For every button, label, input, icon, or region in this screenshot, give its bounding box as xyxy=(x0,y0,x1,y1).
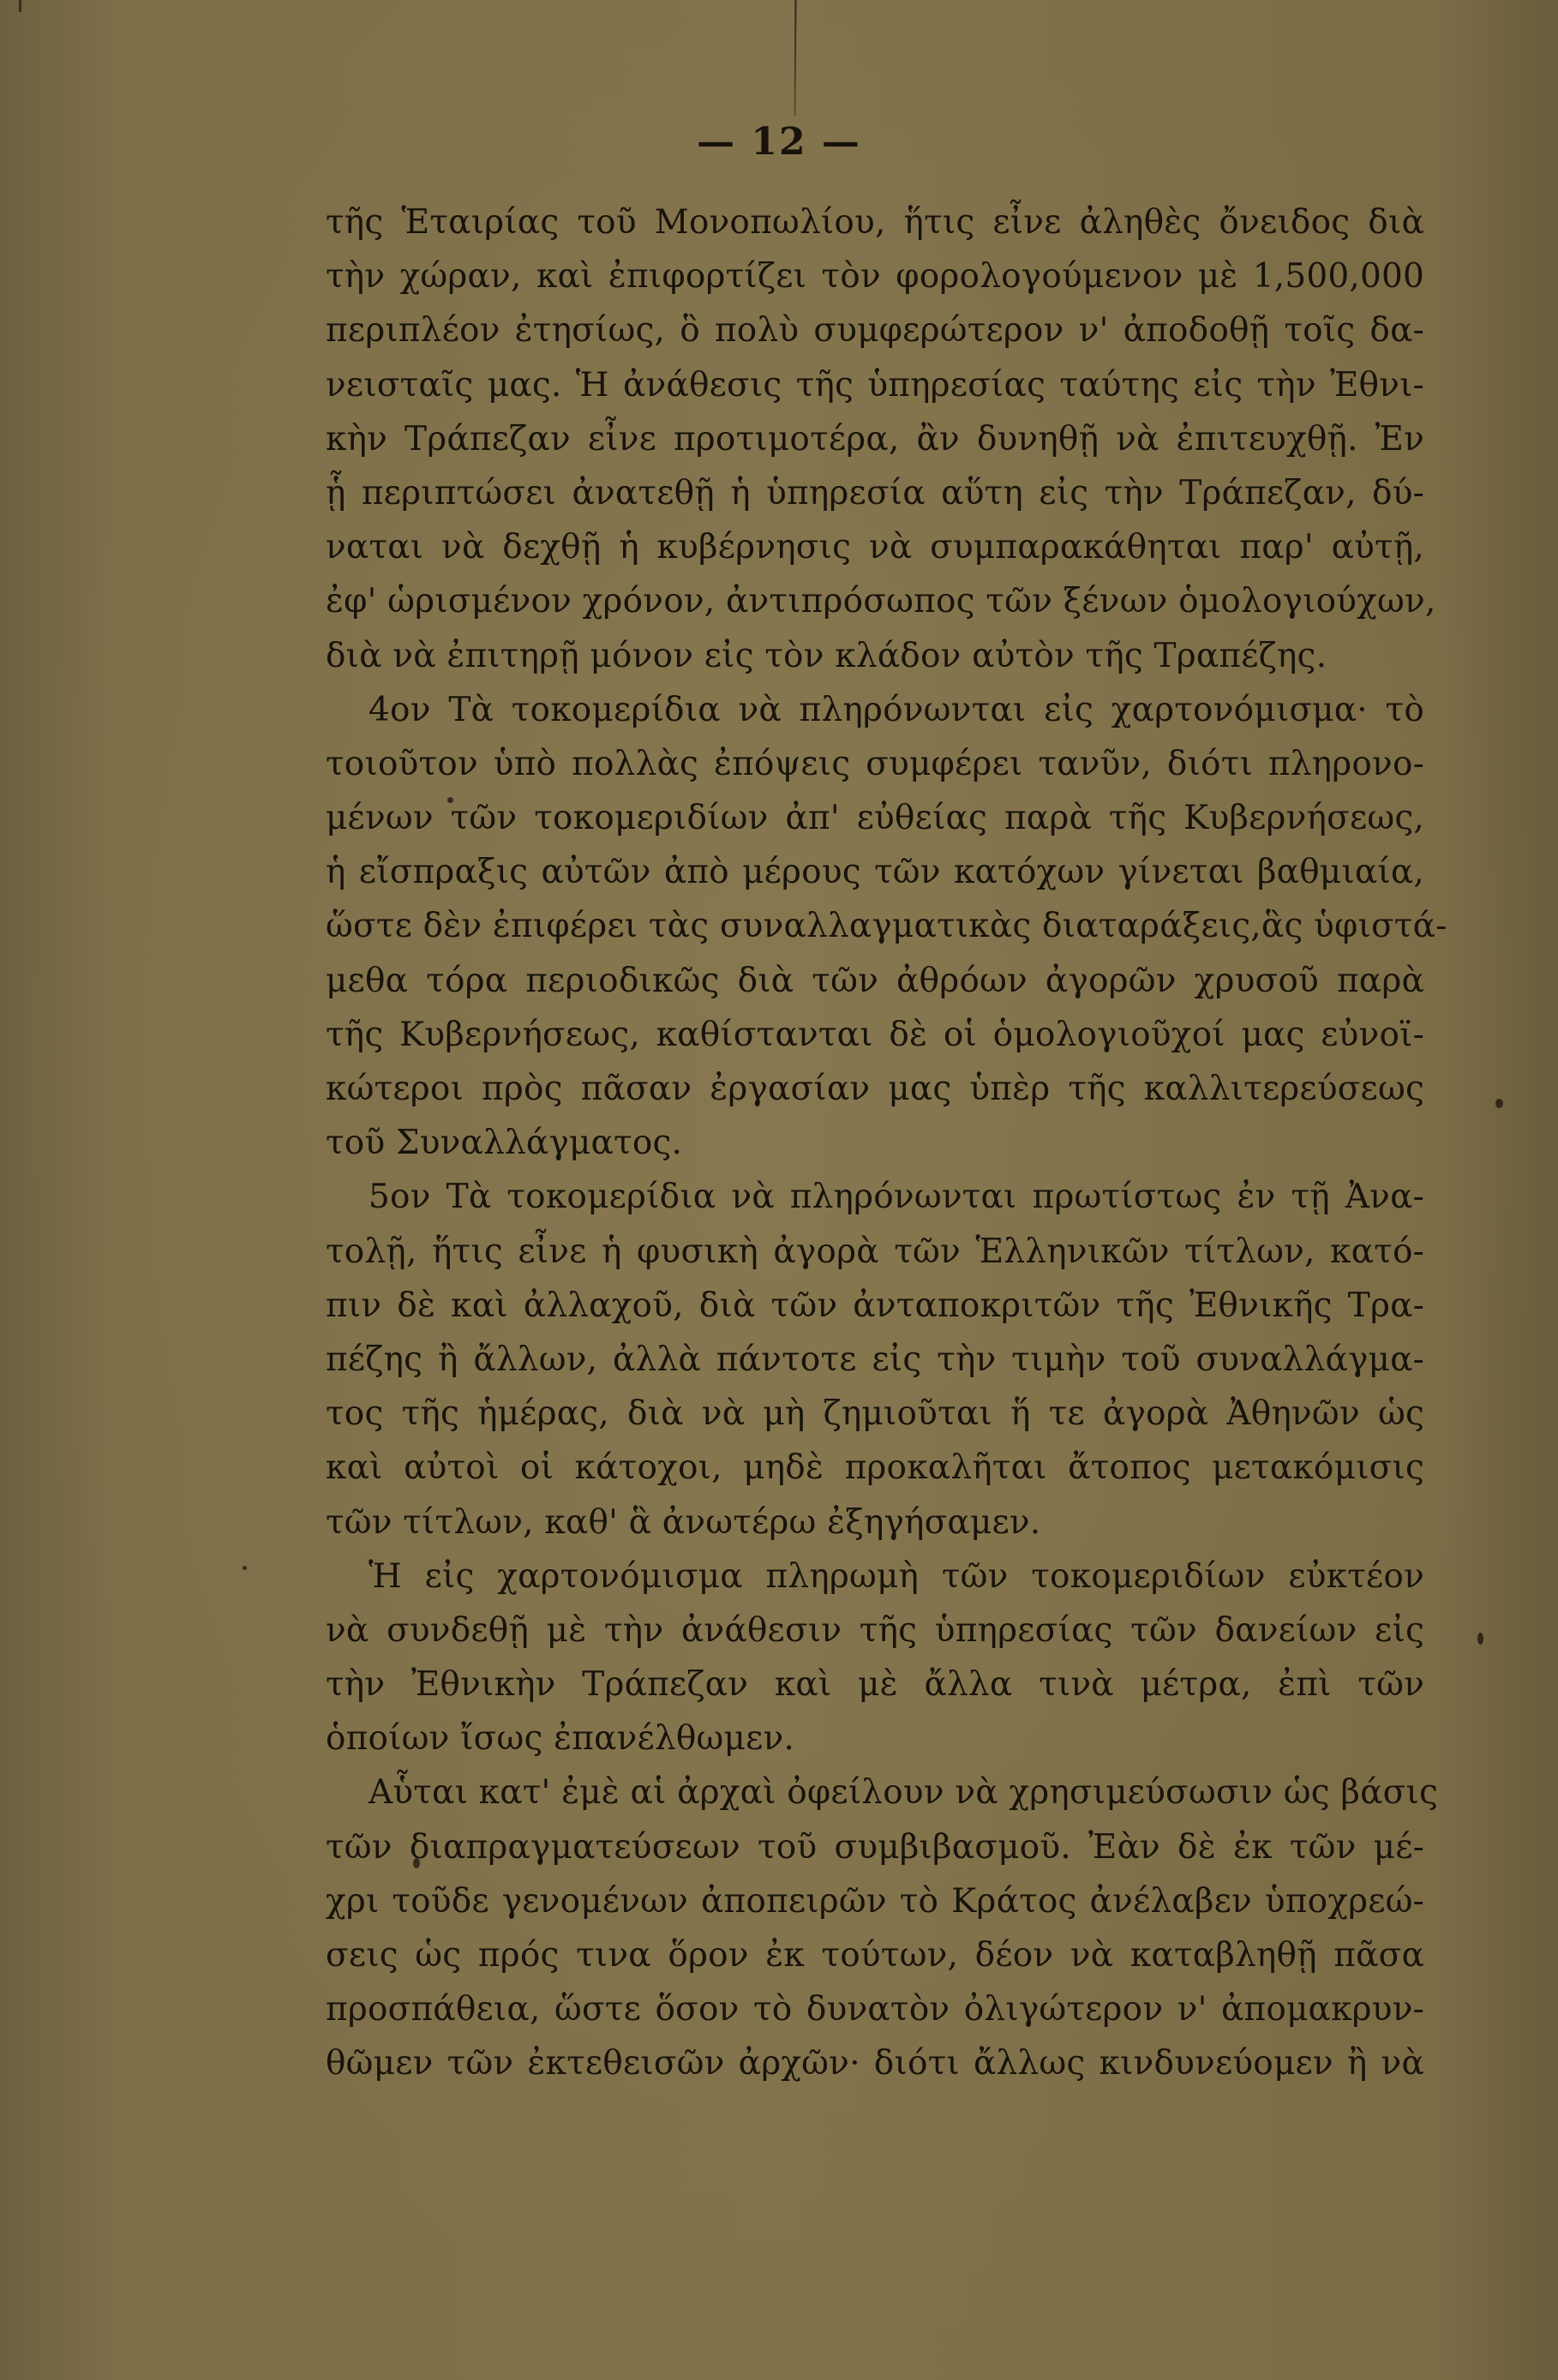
text-line: τὴν Ἐθνικὴν Τράπεζαν καὶ μὲ ἄλλα τινὰ μέ… xyxy=(326,1658,1424,1712)
text-line: νεισταῖς μας. Ἡ ἀνάθεσις τῆς ὑπηρεσίας τ… xyxy=(326,358,1424,412)
text-line: διὰ νὰ ἐπιτηρῇ μόνον εἰς τὸν κλάδον αὐτὸ… xyxy=(326,629,1424,683)
text-line: Ἡ εἰς χαρτονόμισμα πληρωμὴ τῶν τοκομεριδ… xyxy=(326,1550,1424,1604)
text-line: τος τῆς ἡμέρας, διὰ νὰ μὴ ζημιοῦται ἥ τε… xyxy=(326,1387,1424,1441)
text-line: τὴν χώραν, καὶ ἐπιφορτίζει τὸν φορολογού… xyxy=(326,249,1424,303)
text-line: ναται νὰ δεχθῇ ἡ κυβέρνησις νὰ συμπαρακά… xyxy=(326,520,1424,574)
text-line: τοιοῦτον ὑπὸ πολλὰς ἐπόψεις συμφέρει ταν… xyxy=(326,737,1424,791)
text-line: περιπλέον ἐτησίως, ὃ πολὺ συμφερώτερον ν… xyxy=(326,303,1424,357)
text-line: κὴν Τράπεζαν εἶνε προτιμοτέρα, ἂν δυνηθῇ… xyxy=(326,412,1424,466)
body-text: τῆς Ἑταιρίας τοῦ Μονοπωλίου, ἥτις εἶνε ἀ… xyxy=(326,195,1424,2091)
paper-crease xyxy=(794,0,797,116)
text-line: κώτεροι πρὸς πᾶσαν ἐργασίαν μας ὑπὲρ τῆς… xyxy=(326,1062,1424,1116)
text-line: τολῇ, ἥτις εἶνε ἡ φυσικὴ ἀγορὰ τῶν Ἑλλην… xyxy=(326,1225,1424,1279)
text-line: μένων τῶν τοκομεριδίων ἀπ' εὐθείας παρὰ … xyxy=(326,791,1424,845)
text-line: ἐφ' ὡρισμένον χρόνον, ἀντιπρόσωπος τῶν ξ… xyxy=(326,574,1424,628)
paper-speck xyxy=(243,1566,247,1570)
text-line: Αὗται κατ' ἐμὲ αἱ ἀρχαὶ ὀφείλουν νὰ χρησ… xyxy=(326,1766,1424,1819)
text-line: ἡ εἴσπραξις αὐτῶν ἀπὸ μέρους τῶν κατόχων… xyxy=(326,845,1424,899)
text-line: προσπάθεια, ὥστε ὅσον τὸ δυνατὸν ὀλιγώτε… xyxy=(326,1982,1424,2036)
paper-speck xyxy=(1495,1099,1503,1108)
text-line: νὰ συνδεθῇ μὲ τὴν ἀνάθεσιν τῆς ὑπηρεσίας… xyxy=(326,1604,1424,1658)
text-line: χρι τοῦδε γενομένων ἀποπειρῶν τὸ Κράτος … xyxy=(326,1874,1424,1928)
text-line: πιν δὲ καὶ ἀλλαχοῦ, διὰ τῶν ἀνταποκριτῶν… xyxy=(326,1279,1424,1333)
text-line: σεις ὡς πρός τινα ὅρον ἐκ τούτων, δέον ν… xyxy=(326,1928,1424,1982)
text-line: θῶμεν τῶν ἐκτεθεισῶν ἀρχῶν· διότι ἄλλως … xyxy=(326,2036,1424,2090)
text-line: μεθα τόρα περιοδικῶς διὰ τῶν ἀθρόων ἀγορ… xyxy=(326,954,1424,1008)
text-line: ᾗ περιπτώσει ἀνατεθῇ ἡ ὑπηρεσία αὕτη εἰς… xyxy=(326,466,1424,520)
text-line: ὥστε δὲν ἐπιφέρει τὰς συναλλαγματικὰς δι… xyxy=(326,899,1424,953)
text-line: πέζης ἢ ἄλλων, ἀλλὰ πάντοτε εἰς τὴν τιμὴ… xyxy=(326,1333,1424,1387)
text-line: τῶν τίτλων, καθ' ἃ ἀνωτέρω ἐξηγήσαμεν. xyxy=(326,1496,1424,1550)
page-number: — 12 — xyxy=(0,120,1558,164)
text-line: τῆς Κυβερνήσεως, καθίστανται δὲ οἱ ὁμολο… xyxy=(326,1008,1424,1062)
text-line: 5ον Τὰ τοκομερίδια νὰ πληρόνωνται πρωτίσ… xyxy=(326,1170,1424,1224)
text-line: τῶν διαπραγματεύσεων τοῦ συμβιβασμοῦ. Ἐὰ… xyxy=(326,1820,1424,1874)
text-line: τοῦ Συναλλάγματος. xyxy=(326,1116,1424,1170)
text-line: 4ον Τὰ τοκομερίδια νὰ πληρόνωνται εἰς χα… xyxy=(326,683,1424,737)
text-line: ὁποίων ἴσως ἐπανέλθωμεν. xyxy=(326,1712,1424,1766)
scan-mark xyxy=(19,0,21,12)
text-line: καὶ αὐτοὶ οἱ κάτοχοι, μηδὲ προκαλῆται ἄτ… xyxy=(326,1441,1424,1495)
text-line: τῆς Ἑταιρίας τοῦ Μονοπωλίου, ἥτις εἶνε ἀ… xyxy=(326,195,1424,249)
paper-speck xyxy=(1477,1633,1483,1645)
